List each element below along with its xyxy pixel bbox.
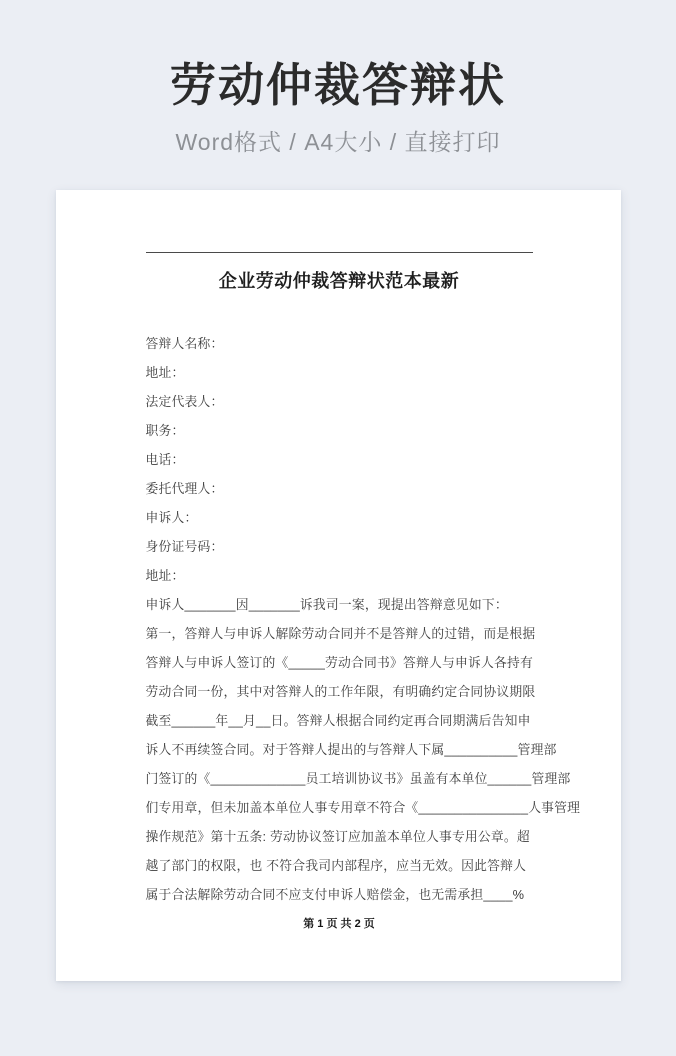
doc-line: 电话： xyxy=(146,445,533,474)
doc-line: 答辩人与申诉人签订的《_____劳动合同书》答辩人与申诉人各持有 xyxy=(146,648,533,677)
doc-line: 身份证号码： xyxy=(146,532,533,561)
doc-line: 申诉人： xyxy=(146,503,533,532)
page-subtitle: Word格式 / A4大小 / 直接打印 xyxy=(0,124,676,157)
doc-line: 职务： xyxy=(146,416,533,445)
doc-line: 们专用章，但未加盖本单位人事专用章不符合《_______________人事管理 xyxy=(146,793,533,822)
page-number-footer: 第 1 页 共 2 页 xyxy=(146,915,533,931)
doc-line: 门签订的《_____________员工培训协议书》虽盖有本单位______管理… xyxy=(146,764,533,793)
page-title: 劳动仲裁答辩状 xyxy=(0,60,676,111)
title-divider xyxy=(146,252,533,253)
doc-line: 法定代表人： xyxy=(146,387,533,416)
doc-line: 劳动合同一份，其中对答辩人的工作年限，有明确约定合同协议期限 xyxy=(146,677,533,706)
doc-line: 截至______年__月__日。答辩人根据合同约定再合同期满后告知申 xyxy=(146,706,533,735)
doc-line: 答辩人名称： xyxy=(146,329,533,358)
doc-line: 属于合法解除劳动合同不应支付申诉人赔偿金，也无需承担____% xyxy=(146,880,533,909)
document-sheet: 企业劳动仲裁答辩状范本最新 答辩人名称： 地址： 法定代表人： 职务： 电话： … xyxy=(56,190,621,981)
document-body: 答辩人名称： 地址： 法定代表人： 职务： 电话： 委托代理人： 申诉人： 身份… xyxy=(146,329,533,909)
doc-line: 诉人不再续签合同。对于答辩人提出的与答辩人下属__________管理部 xyxy=(146,735,533,764)
doc-line: 越了部门的权限，也 不符合我司内部程序，应当无效。因此答辩人 xyxy=(146,851,533,880)
document-title: 企业劳动仲裁答辩状范本最新 xyxy=(146,267,533,293)
doc-line: 第一，答辩人与申诉人解除劳动合同并不是答辩人的过错，而是根据 xyxy=(146,619,533,648)
doc-line: 申诉人_______因_______诉我司一案，现提出答辩意见如下： xyxy=(146,590,533,619)
doc-line: 地址： xyxy=(146,358,533,387)
doc-line: 操作规范》第十五条: 劳动协议签订应加盖本单位人事专用公章。超 xyxy=(146,822,533,851)
doc-line: 委托代理人： xyxy=(146,474,533,503)
page-header: 劳动仲裁答辩状 Word格式 / A4大小 / 直接打印 xyxy=(0,0,676,157)
doc-line: 地址： xyxy=(146,561,533,590)
